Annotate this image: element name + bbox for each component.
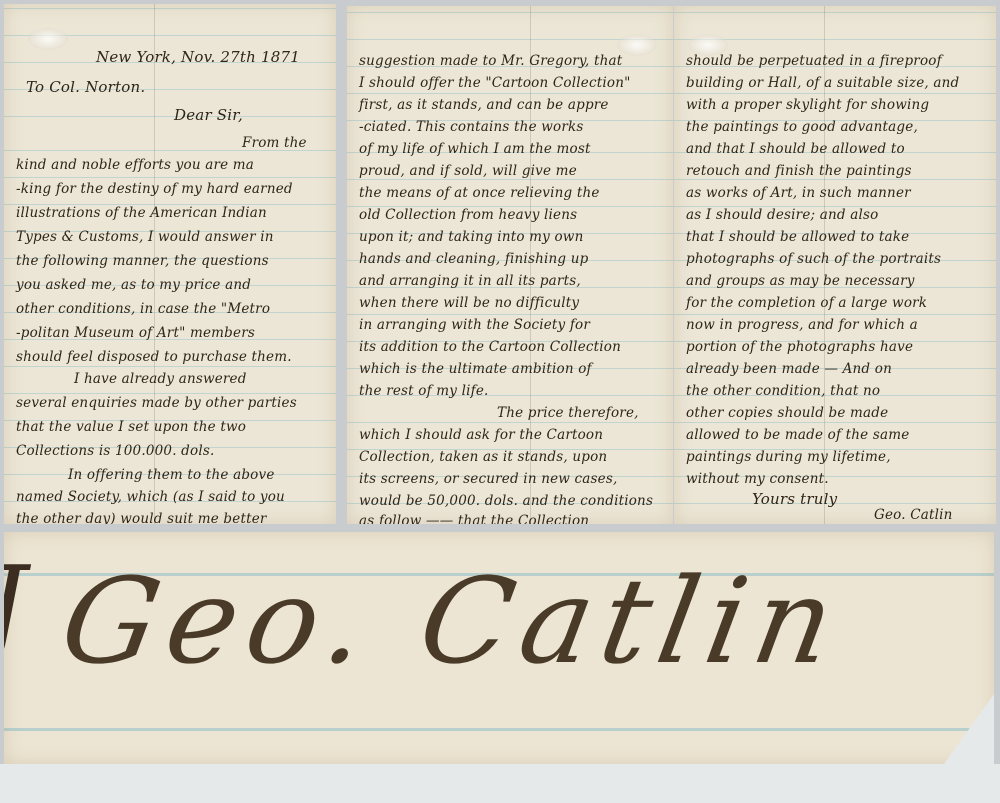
dateline: New York, Nov. 27th 1871 [96,44,328,70]
text-line: I have already answered [74,366,328,392]
text-line: Types & Customs, I would answer in [16,224,328,250]
text-line: -king for the destiny of my hard earned [16,176,328,202]
salutation: Dear Sir, [174,102,328,128]
text-line: illustrations of the American Indian [16,200,328,226]
torn-corner [944,694,994,764]
text-line: that the value I set upon the two [16,414,328,440]
signature: Geo. Catlin [874,502,988,524]
text-line: the other day) would suit me better [16,506,328,524]
signature-partial-letter: J [4,542,26,670]
strip-background [0,764,1000,803]
embossed-stamp-icon [28,28,68,50]
recipient-line: To Col. Norton. [26,74,328,100]
letter-page-2: suggestion made to Mr. Gregory, that I s… [347,6,673,524]
signature-enlarged: Geo. Catlin [52,552,854,690]
text-line: kind and noble efforts you are ma [16,152,328,178]
letter-page-3: should be perpetuated in a fireproof bui… [674,6,996,524]
signature-detail: J Geo. Catlin [4,532,994,764]
text-line: other conditions, in case the "Metro [16,296,328,322]
text-line: the following manner, the questions [16,248,328,274]
text-line: Collections is 100.000. dols. [16,438,328,464]
text-line: several enquiries made by other parties [16,390,328,416]
text-line: you asked me, as to my price and [16,272,328,298]
letter-page-1: New York, Nov. 27th 1871 To Col. Norton.… [4,4,336,524]
text-line: as follow —— that the Collection [359,508,665,524]
text-line: -politan Museum of Art" members [16,320,328,346]
